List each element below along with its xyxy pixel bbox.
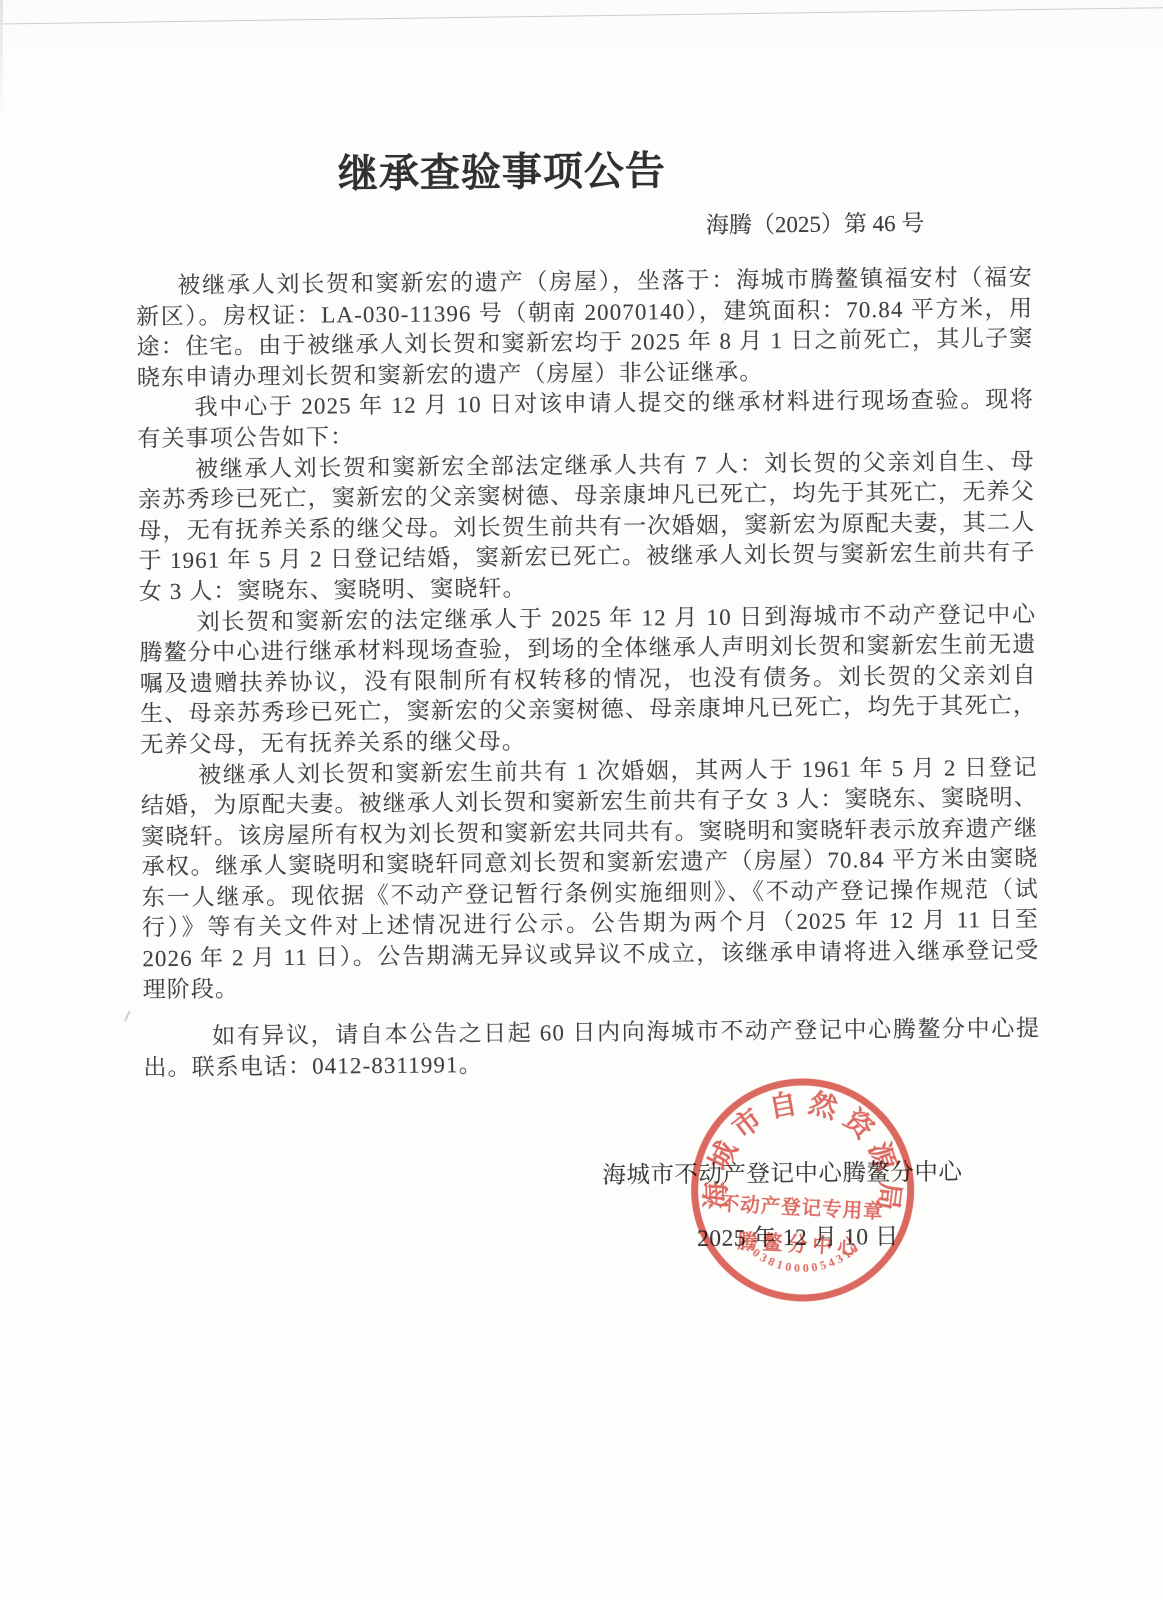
document-content: 继承查验事项公告 海腾（2025）第 46 号 被继承人刘长贺和窦新宏的遗产（房…	[135, 144, 1045, 1553]
paragraph-inspection-statement: 我中心于 2025 年 12 月 10 日对该申请人提交的继承材料进行现场查验。…	[137, 385, 1035, 455]
document-number: 海腾（2025）第 46 号	[135, 208, 1032, 247]
official-seal: 海城市自然资源局 不动产登记专用章 腾鳌分中心 210381000054316	[677, 1064, 929, 1316]
stray-pen-mark	[124, 1011, 137, 1025]
paragraph-property-description: 被继承人刘长贺和窦新宏的遗产（房屋），坐落于：海城市腾鳌镇福安村（福安新区）。房…	[136, 263, 1034, 394]
document-body: 被继承人刘长贺和窦新宏的遗产（房屋），坐落于：海城市腾鳌镇福安村（福安新区）。房…	[136, 263, 1041, 1084]
seal-purpose-text: 不动产登记专用章	[719, 1192, 884, 1223]
paragraph-objection-contact: 如有异议，请自本公告之日起 60 日内向海城市不动产登记中心腾鳌分中心提出。联系…	[143, 1014, 1041, 1084]
paragraph-legal-heirs: 被继承人刘长贺和窦新宏全部法定继承人共有 7 人：刘长贺的父亲刘自生、母亲苏秀珍…	[138, 446, 1036, 608]
paragraph-onsite-verification: 刘长贺和窦新宏的法定继承人于 2025 年 12 月 10 日到海城市不动产登记…	[139, 599, 1037, 761]
scanned-notice-page: 继承查验事项公告 海腾（2025）第 46 号 被继承人刘长贺和窦新宏的遗产（房…	[0, 0, 1163, 1600]
scan-edge-line	[0, 7, 1163, 25]
document-title: 继承查验事项公告	[338, 147, 666, 198]
paragraph-inheritance-decision: 被继承人刘长贺和窦新宏生前共有 1 次婚姻，其两人于 1961 年 5 月 2 …	[140, 752, 1039, 1005]
scan-left-shadow	[0, 0, 3, 120]
